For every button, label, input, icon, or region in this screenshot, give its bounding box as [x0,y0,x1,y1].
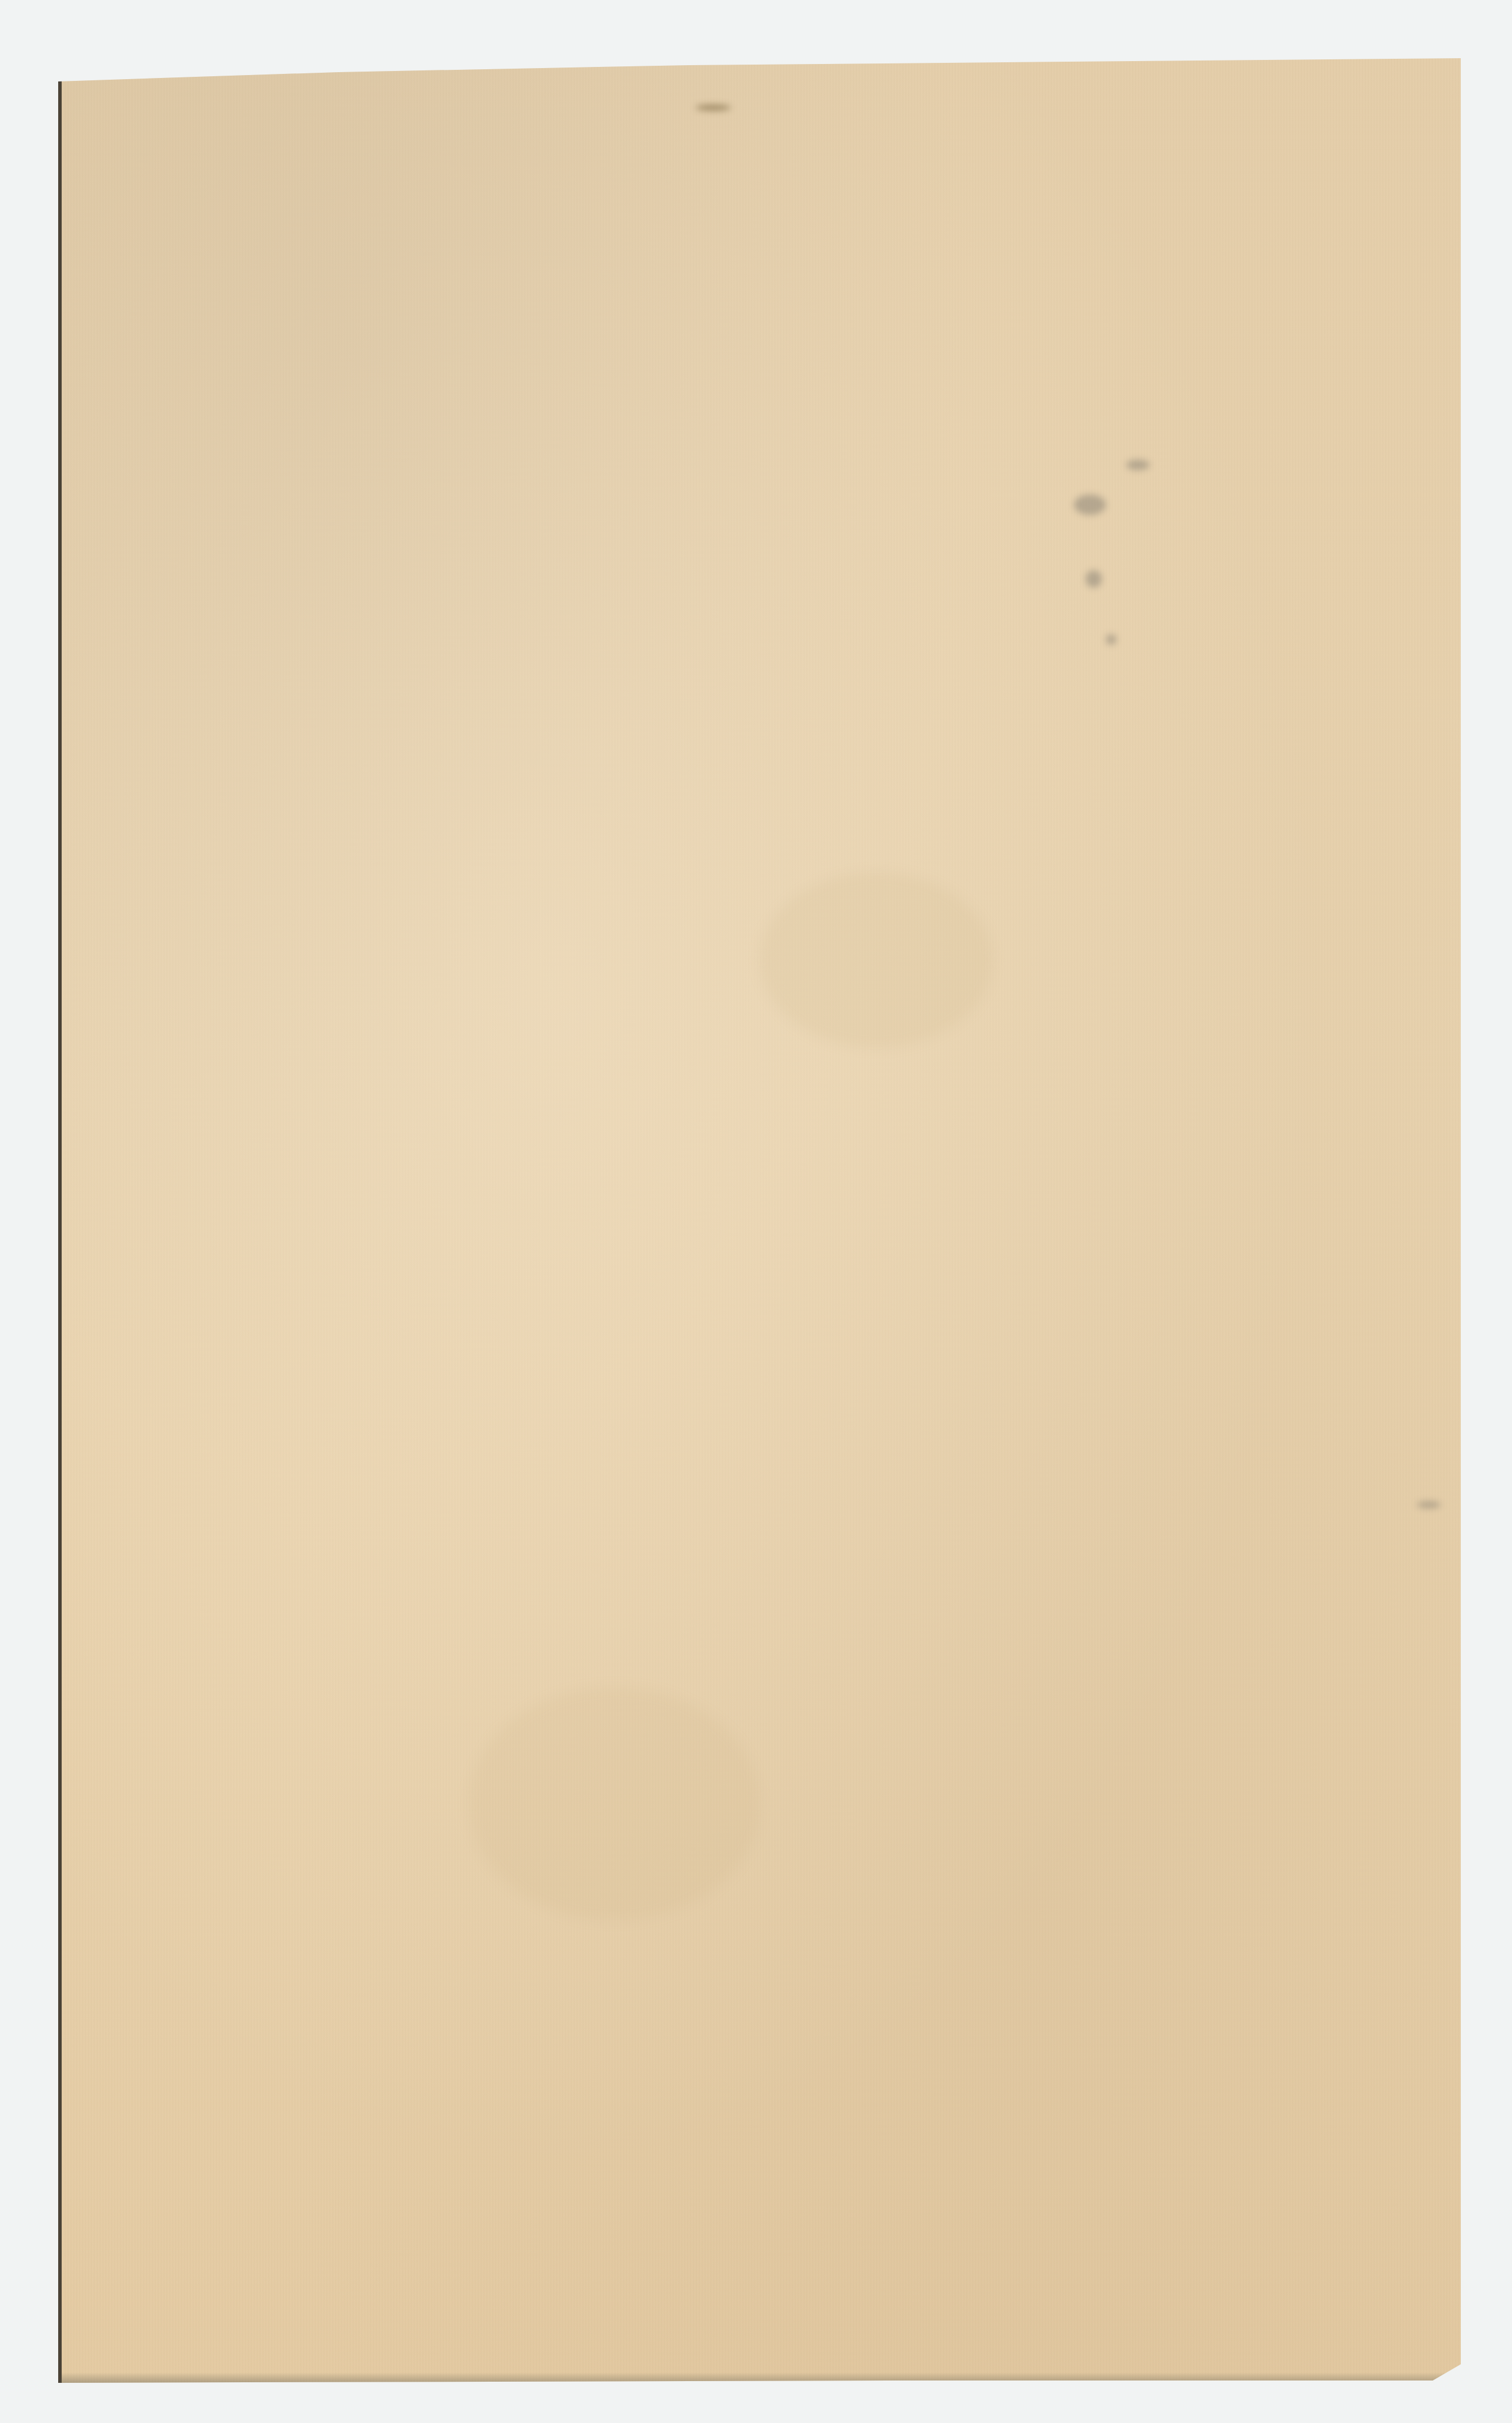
card-reverse [58,58,1461,2383]
smudge-mark [1086,570,1102,588]
stain [469,1687,760,1920]
smudge-mark [1126,460,1150,470]
smudge-mark [1417,1501,1440,1508]
smudge-mark [1074,495,1106,515]
stain [760,873,992,1047]
smudge-mark [696,105,731,111]
smudge-mark [1106,634,1116,645]
